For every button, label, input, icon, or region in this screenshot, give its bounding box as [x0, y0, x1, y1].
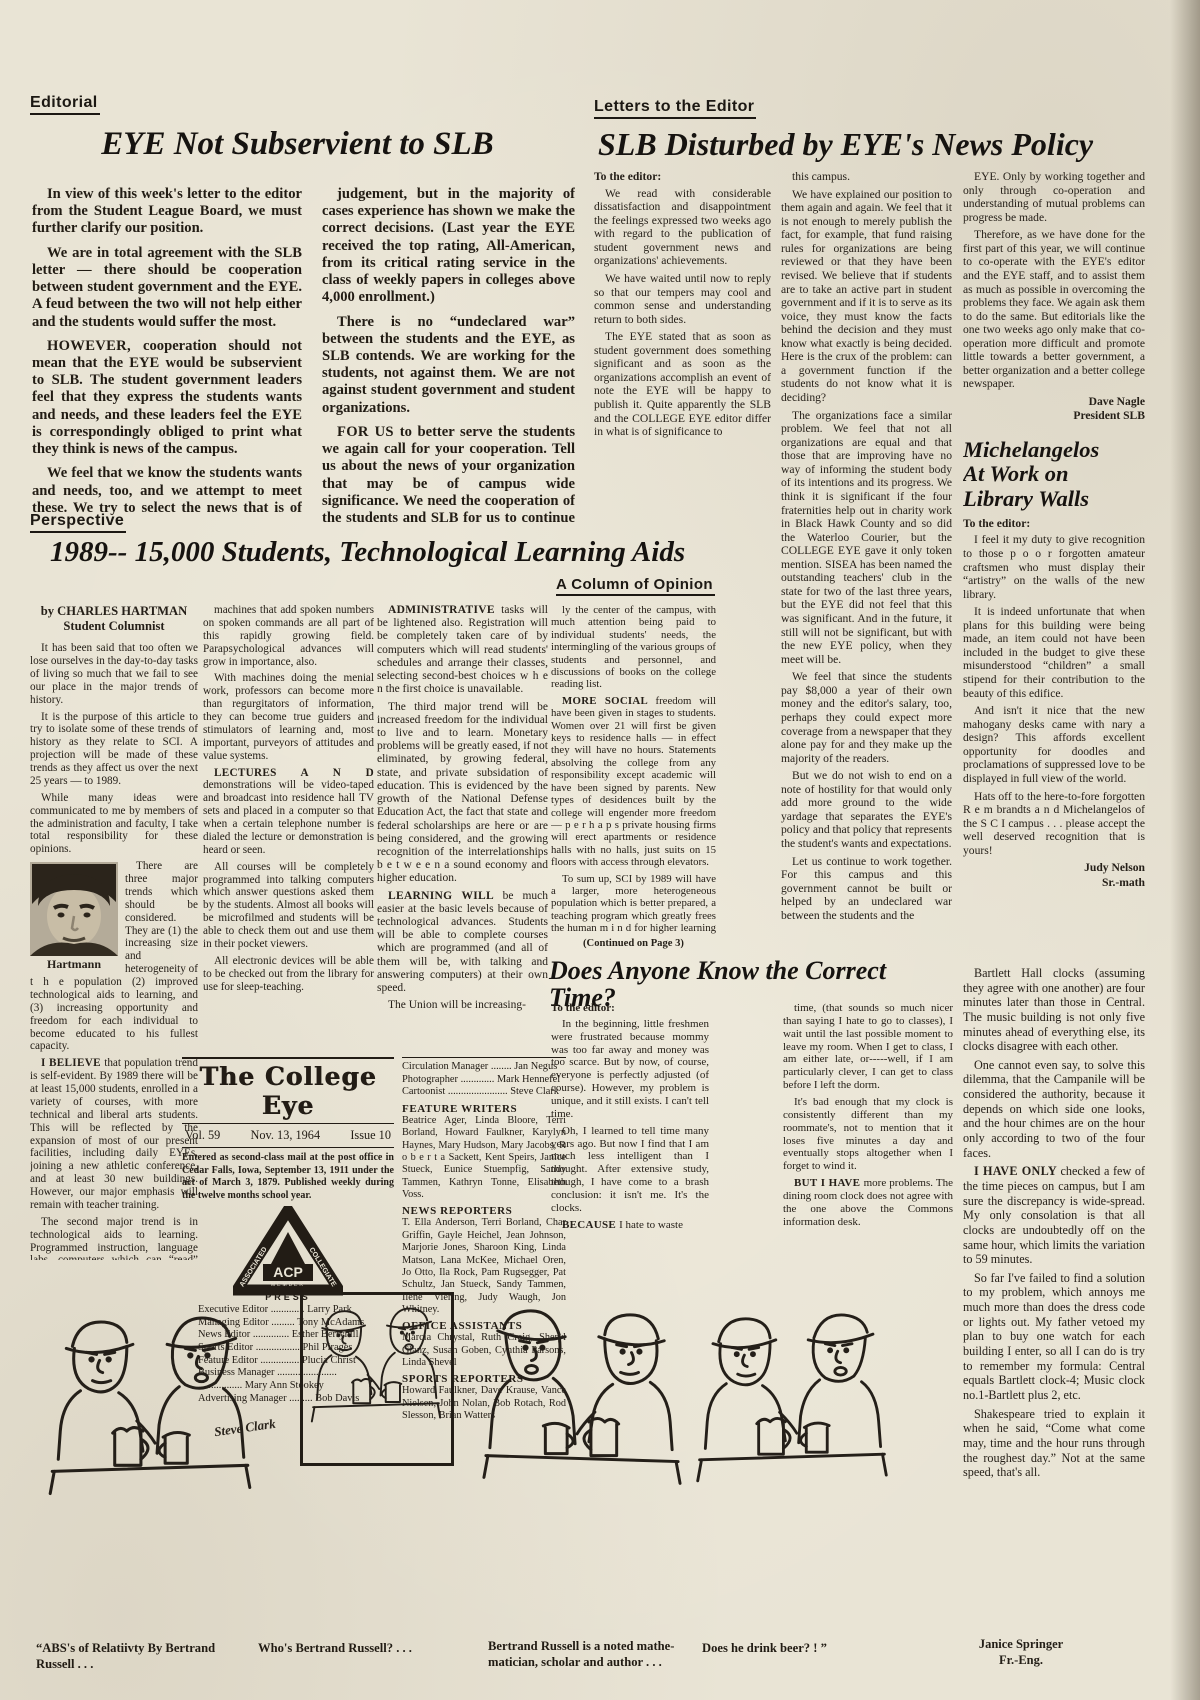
masthead-entered-notice: Entered as second-class mail at the post… — [182, 1152, 394, 1202]
paragraph: machines that add spoken numbers on spok… — [203, 604, 374, 668]
time-letter-text-1: In the beginning, little freshmen were f… — [551, 1018, 709, 1232]
text-line: Russell . . . — [36, 1656, 258, 1672]
paragraph: BUT I HAVE more problems. The dining roo… — [783, 1177, 953, 1228]
masthead-title: The College Eye — [182, 1062, 394, 1120]
byline: by CHARLES HARTMANStudent Columnist — [30, 604, 198, 634]
cartoon-panel-2-box — [300, 1292, 454, 1466]
hartmann-photo-block: Hartmann — [30, 862, 118, 972]
paragraph: It's bad enough that my clock is consist… — [783, 1096, 953, 1173]
volume-number: Vol. 59 — [185, 1128, 220, 1143]
paragraph: I HAVE ONLY checked a few of the time pi… — [963, 1164, 1145, 1266]
paragraph: time, (that sounds so much nicer than sa… — [783, 1002, 953, 1092]
svg-text:MEMBER: MEMBER — [271, 1282, 305, 1288]
slb-letter-headline: SLB Disturbed by EYE's News Policy — [598, 128, 1163, 161]
paragraph: Bartlett Hall clocks (assuming they agre… — [963, 966, 1145, 1054]
editorial-headline: EYE Not Subservient to SLB — [40, 128, 555, 162]
paragraph: We are in total agreement with the SLB l… — [32, 245, 302, 331]
paragraph: It is the purpose of this article to try… — [30, 711, 198, 788]
paragraph: ADMINISTRATIVE tasks will be lightened a… — [377, 604, 548, 697]
text-line: Michelangelos — [963, 438, 1145, 462]
editorial-section: Editorial — [30, 94, 100, 115]
text-line: Circulation Manager ........ Jan Negus — [402, 1061, 566, 1074]
text-line: matician, scholar and author . . . — [488, 1654, 706, 1670]
paragraph: FOR US to better serve the students we a… — [322, 424, 575, 522]
paragraph: I feel it my duty to give recognition to… — [963, 533, 1145, 601]
paragraph: In the beginning, little freshmen were f… — [551, 1018, 709, 1121]
perspective-column-d: ly the center of the campus, with much a… — [551, 604, 716, 934]
paragraph: The second major trend is in technologic… — [30, 1216, 198, 1260]
paragraph: Hats off to the here-to-fore forgotten R… — [963, 790, 1145, 858]
paragraph: The organizations face a similar problem… — [781, 409, 952, 667]
paragraph: The EYE stated that as soon as student g… — [594, 330, 771, 439]
signature-name: Dave Nagle — [963, 395, 1145, 409]
perspective-headline: 1989-- 15,000 Students, Technological Le… — [50, 538, 725, 568]
paragraph: LECTURES A N D demonstrations will be vi… — [203, 767, 374, 857]
paragraph: I BELIEVE that population trend is self-… — [30, 1057, 198, 1212]
slb-letter-column-1: To the editor: We read with considerable… — [594, 170, 771, 518]
letter-salutation: To the editor: — [963, 517, 1145, 531]
paragraph: We read with considerable dissatisfactio… — [594, 187, 771, 268]
perspective-section: Perspective — [30, 512, 126, 533]
paragraph: Let us continue to work together. For th… — [781, 855, 952, 923]
perspective-text-a1: It has been said that too often we lose … — [30, 642, 198, 856]
acp-press-logo: ACP MEMBER ASSOCIATED COLLEGIATE PRESS — [233, 1206, 343, 1302]
editorial-column-1: In view of this week's letter to the edi… — [32, 186, 302, 518]
text-line: by CHARLES HARTMAN — [30, 604, 198, 619]
paragraph: And isn't it nice that the new mahogany … — [963, 704, 1145, 785]
perspective-text-a3: I BELIEVE that population trend is self-… — [30, 1057, 198, 1260]
paragraph: ly the center of the campus, with much a… — [551, 604, 716, 691]
editorial-column-2: judgement, but in the majority of cases … — [322, 186, 575, 522]
paragraph: BECAUSE I hate to waste — [551, 1219, 709, 1232]
paragraph: We feel that we know the students wants … — [32, 465, 302, 518]
hartmann-portrait-photo — [30, 862, 118, 956]
letter-salutation: To the editor: — [551, 1002, 709, 1015]
paragraph: MORE SOCIAL freedom will have been given… — [551, 695, 716, 869]
masthead-volume-line: Vol. 59 Nov. 13, 1964 Issue 10 — [182, 1127, 394, 1144]
paragraph: EYE. Only by working together and only t… — [963, 170, 1145, 224]
letters-section-label: Letters to the Editor — [594, 98, 756, 119]
paragraph: We have waited until now to reply so tha… — [594, 272, 771, 326]
right-column-top: EYE. Only by working together and only t… — [963, 170, 1145, 962]
slb-letter-column-2: this campus.We have explained our positi… — [781, 170, 952, 970]
column-of-opinion-label: A Column of Opinion — [556, 576, 715, 596]
signature-title: President SLB — [963, 409, 1145, 423]
paragraph: All courses will be completely programme… — [203, 861, 374, 951]
paragraph: While many ideas were communicated to me… — [30, 792, 198, 856]
paragraph: this campus. — [781, 170, 952, 184]
cartoon-caption-4: Does he drink beer? ! ” — [702, 1640, 867, 1656]
continued-on-page-note: (Continued on Page 3) — [556, 938, 711, 949]
perspective-section-label: Perspective — [30, 512, 126, 533]
letters-section: Letters to the Editor — [594, 98, 756, 119]
text-line: Photographer ............. Mark Hennefel — [402, 1074, 566, 1087]
masthead-rule — [182, 1147, 394, 1148]
text-line: Cartoonist ....................... Steve… — [402, 1086, 566, 1099]
photo-wrap-block: Hartmann There are three major trends wh… — [30, 860, 198, 1053]
text-line: Library Walls — [963, 487, 1145, 511]
signature-name: Judy Nelson — [963, 861, 1145, 875]
paragraph: To sum up, SCI by 1989 will have a large… — [551, 873, 716, 934]
masthead-rule — [182, 1123, 394, 1124]
paragraph: judgement, but in the majority of cases … — [322, 186, 575, 307]
paragraph: LEARNING WILL be much easier at the basi… — [377, 890, 548, 996]
masthead-rule — [182, 1057, 394, 1059]
text-line: At Work on — [963, 462, 1145, 486]
perspective-column-a: by CHARLES HARTMANStudent Columnist It h… — [30, 604, 198, 1260]
cartoon-caption-2: Who's Bertrand Russell? . . . — [258, 1640, 433, 1656]
text-line: Fr.-Eng. — [946, 1652, 1096, 1668]
cartoon-panel-3 — [478, 1292, 686, 1542]
michelangelos-letter-headline: MichelangelosAt Work onLibrary Walls — [963, 438, 1145, 511]
paragraph: We feel that since the students pay $8,0… — [781, 670, 952, 765]
paragraph: We have explained our position to them a… — [781, 188, 952, 405]
slb-letter-text-3: EYE. Only by working together and only t… — [963, 170, 1145, 391]
time-letter-column-1: To the editor: In the beginning, little … — [551, 1002, 709, 1260]
svg-text:ACP: ACP — [273, 1264, 303, 1280]
paragraph: With machines doing the menial work, pro… — [203, 672, 374, 762]
paragraph: So far I've failed to find a solution to… — [963, 1271, 1145, 1403]
michelangelos-letter-text: I feel it my duty to give recognition to… — [963, 533, 1145, 857]
text-line: Bertrand Russell is a noted mathe- — [488, 1638, 706, 1654]
time-letter-column-2: time, (that sounds so much nicer than sa… — [783, 1002, 953, 1264]
newspaper-page: Editorial EYE Not Subservient to SLB In … — [0, 0, 1200, 1700]
paragraph: All electronic devices will be able to b… — [203, 955, 374, 994]
cartoon-caption-1: “ABS's of Relatiivty By BertrandRussell … — [36, 1640, 258, 1673]
staff-group-names: Beatrice Ager, Linda Bloore, Terri Borla… — [402, 1115, 566, 1201]
page-edge-shadow — [1170, 0, 1200, 1700]
signature-title: Sr.-math — [963, 876, 1145, 890]
letter-salutation: To the editor: — [594, 170, 771, 184]
text-line: Student Columnist — [30, 619, 198, 634]
perspective-column-c: ADMINISTRATIVE tasks will be lightened a… — [377, 604, 548, 1054]
staff-group-title: FEATURE WRITERS — [402, 1103, 566, 1115]
paragraph: One cannot even say, to solve this dilem… — [963, 1058, 1145, 1160]
text-line: Janice Springer — [946, 1636, 1096, 1652]
slb-letter-text-1: We read with considerable dissatisfactio… — [594, 187, 771, 439]
paragraph: In view of this week's letter to the edi… — [32, 186, 302, 238]
cartoon-panel-2 — [305, 1297, 447, 1459]
masthead-rule — [402, 1057, 566, 1058]
staff-group-title: NEWS REPORTERS — [402, 1205, 566, 1217]
photo-caption: Hartmann — [30, 958, 118, 972]
editorial-section-label: Editorial — [30, 94, 100, 115]
paragraph: There is no “undeclared war” between the… — [322, 314, 575, 417]
paragraph: HOWEVER, cooperation should not mean tha… — [32, 338, 302, 459]
time-letter-column-3: Bartlett Hall clocks (assuming they agre… — [963, 966, 1145, 1628]
masthead-staff-right: Circulation Manager ........ Jan NegusPh… — [402, 1061, 566, 1099]
text-line: “ABS's of Relatiivty By Bertrand — [36, 1640, 258, 1656]
michelangelos-letter-signature: Judy Nelson Sr.-math — [963, 861, 1145, 890]
paragraph: It has been said that too often we lose … — [30, 642, 198, 706]
slb-letter-signature: Dave Nagle President SLB — [963, 395, 1145, 424]
issue-number: Issue 10 — [350, 1128, 391, 1143]
paragraph: But we do not wish to end on a note of h… — [781, 769, 952, 850]
paragraph: The Union will be increasing- — [377, 999, 548, 1012]
time-letter-signature: Janice SpringerFr.-Eng. — [946, 1636, 1096, 1669]
paragraph: Therefore, as we have done for the first… — [963, 228, 1145, 391]
paragraph: Oh, I learned to tell time many years ag… — [551, 1125, 709, 1215]
perspective-column-b: machines that add spoken numbers on spok… — [203, 604, 374, 1056]
cartoon-caption-3: Bertrand Russell is a noted mathe-matici… — [488, 1638, 706, 1671]
issue-date: Nov. 13, 1964 — [251, 1128, 321, 1143]
cartoon-panel-4 — [692, 1294, 892, 1540]
paragraph: The third major trend will be increased … — [377, 701, 548, 886]
paragraph: Shakespeare tried to explain it when he … — [963, 1407, 1145, 1480]
paragraph: It is indeed unfortunate that when plans… — [963, 605, 1145, 700]
